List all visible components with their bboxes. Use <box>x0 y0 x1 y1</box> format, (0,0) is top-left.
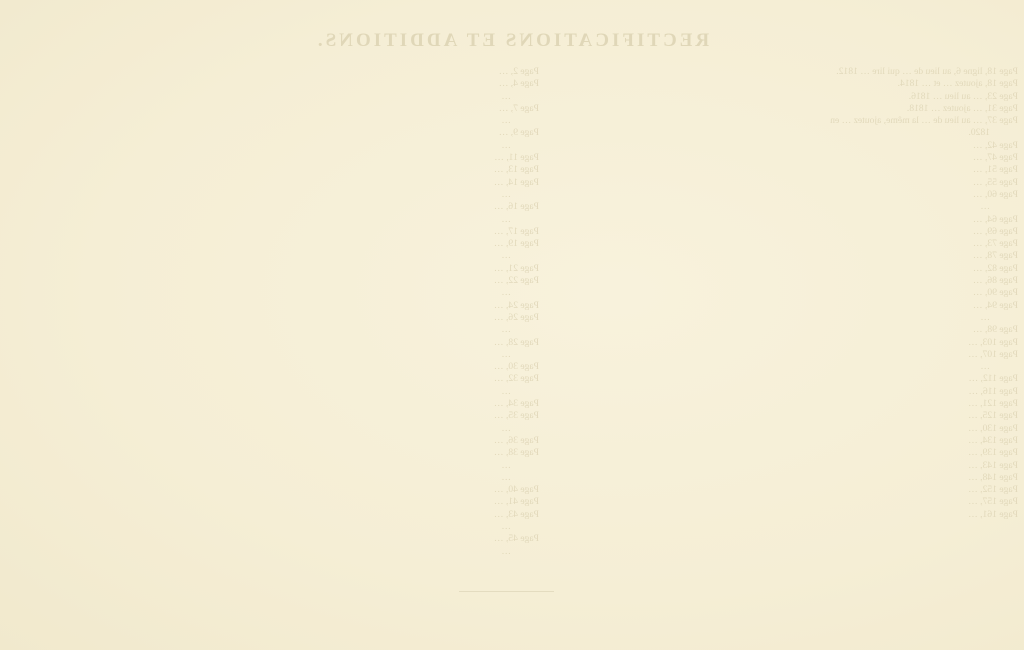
text-line: … <box>209 250 539 262</box>
bleed-through-layer: RECTIFICATIONS ET ADDITIONS. Page 18, li… <box>0 0 1024 650</box>
text-line: Page 16, … <box>209 201 539 213</box>
text-line: Page 18, ajoutez … et … 1814. <box>548 78 1018 90</box>
text-line: Page 64, … <box>548 214 1018 226</box>
text-line: Page 30, … <box>209 361 539 373</box>
text-line: Page 7, … <box>209 103 539 115</box>
text-line: Page 130, … <box>548 423 1018 435</box>
text-line: Page 152, … <box>548 484 1018 496</box>
text-line: Page 55, … <box>548 177 1018 189</box>
text-line: Page 41, … <box>209 496 539 508</box>
text-line: … <box>209 324 539 336</box>
text-line: Page 103, … <box>548 337 1018 349</box>
text-line: Page 86, … <box>548 275 1018 287</box>
text-line: Page 26, … <box>209 312 539 324</box>
text-line: Page 157, … <box>548 496 1018 508</box>
text-line: Page 82, … <box>548 263 1018 275</box>
text-line: Page 94, … <box>548 300 1018 312</box>
text-line: … <box>209 472 539 484</box>
text-line: Page 134, … <box>548 435 1018 447</box>
text-line: Page 125, … <box>548 410 1018 422</box>
text-line: Page 98, … <box>548 324 1018 336</box>
text-line: Page 36, … <box>209 435 539 447</box>
text-line: Page 69, … <box>548 226 1018 238</box>
text-line: Page 121, … <box>548 398 1018 410</box>
text-line: … <box>209 287 539 299</box>
text-line: … <box>548 361 1018 373</box>
page-heading: RECTIFICATIONS ET ADDITIONS. <box>0 30 1024 52</box>
text-line: Page 43, … <box>209 509 539 521</box>
text-line: Page 19, … <box>209 238 539 250</box>
text-line: Page 4, … <box>209 78 539 90</box>
text-line: … <box>209 386 539 398</box>
text-line: Page 32, … <box>209 373 539 385</box>
text-line: … <box>209 140 539 152</box>
text-line: Page 107, … <box>548 349 1018 361</box>
text-line: Page 47, … <box>548 152 1018 164</box>
text-line: Page 148, … <box>548 472 1018 484</box>
text-line: … <box>209 214 539 226</box>
text-line: … <box>209 546 539 558</box>
text-line: Page 42, … <box>548 140 1018 152</box>
text-line: … <box>209 521 539 533</box>
text-line: Page 21, … <box>209 263 539 275</box>
text-line: … <box>548 312 1018 324</box>
text-line: Page 116, … <box>548 386 1018 398</box>
text-line: Page 139, … <box>548 447 1018 459</box>
text-line: Page 161, … <box>548 509 1018 521</box>
text-line: … <box>209 189 539 201</box>
text-line: Page 22, … <box>209 275 539 287</box>
text-line: … <box>209 349 539 361</box>
text-line: … <box>548 201 1018 213</box>
text-line: … <box>209 115 539 127</box>
left-column: Page 18, ligne 6, au lieu de … qui lire … <box>548 66 1024 521</box>
text-line: Page 112, … <box>548 373 1018 385</box>
text-line: Page 14, … <box>209 177 539 189</box>
paper-page: RECTIFICATIONS ET ADDITIONS. Page 18, li… <box>0 0 1024 650</box>
text-line: Page 73, … <box>548 238 1018 250</box>
text-line: Page 28, … <box>209 337 539 349</box>
closing-rule <box>459 591 554 592</box>
text-line: … <box>209 91 539 103</box>
text-line: Page 31, … ajoutez … 1818. <box>548 103 1018 115</box>
text-line: Page 18, ligne 6, au lieu de … qui lire … <box>548 66 1018 78</box>
text-line: Page 51, … <box>548 164 1018 176</box>
text-line: … <box>209 460 539 472</box>
text-line: Page 38, … <box>209 447 539 459</box>
text-line: Page 35, … <box>209 410 539 422</box>
text-line: 1820. <box>548 127 1018 139</box>
text-line: Page 13, … <box>209 164 539 176</box>
text-line: Page 24, … <box>209 300 539 312</box>
text-line: Page 37, … au lieu de … la même, ajoutez… <box>548 115 1018 127</box>
text-line: Page 45, … <box>209 533 539 545</box>
text-line: Page 9, … <box>209 127 539 139</box>
right-column: Page 2, …Page 4, ……Page 7, ……Page 9, ……P… <box>209 66 539 558</box>
text-line: Page 40, … <box>209 484 539 496</box>
text-line: Page 11, … <box>209 152 539 164</box>
text-line: Page 78, … <box>548 250 1018 262</box>
text-line: … <box>209 423 539 435</box>
text-line: Page 2, … <box>209 66 539 78</box>
text-line: Page 34, … <box>209 398 539 410</box>
text-line: Page 143, … <box>548 460 1018 472</box>
text-line: Page 23, … au lieu … 1816. <box>548 91 1018 103</box>
text-line: Page 90, … <box>548 287 1018 299</box>
text-line: Page 17, … <box>209 226 539 238</box>
text-line: Page 60, … <box>548 189 1018 201</box>
